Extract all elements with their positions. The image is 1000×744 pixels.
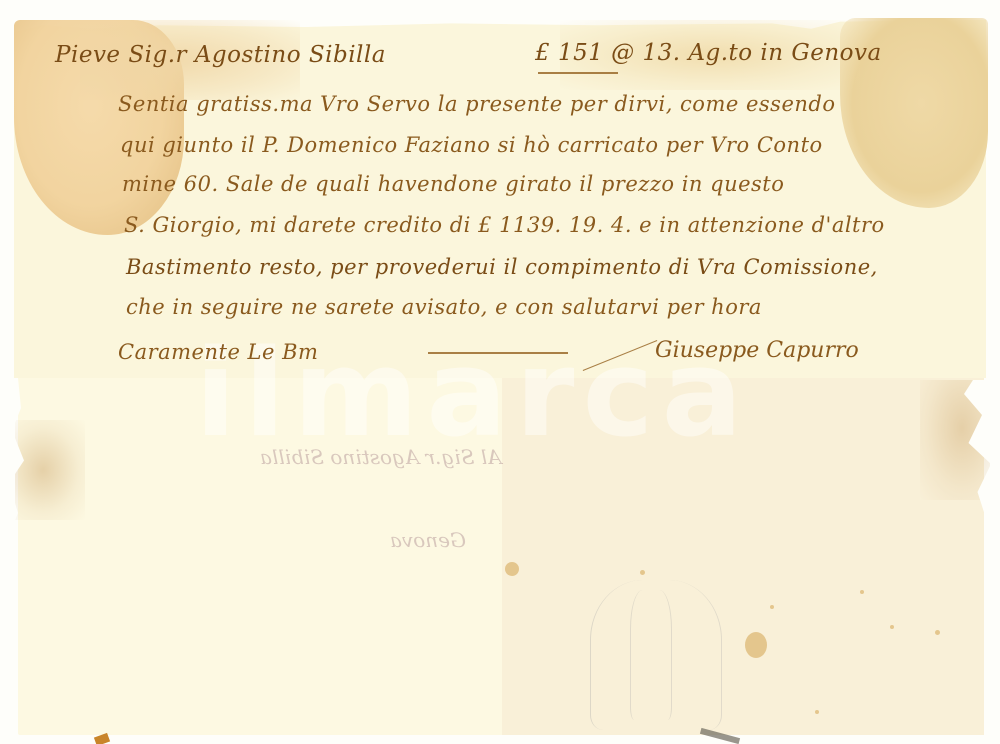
- foxing-spot: [860, 590, 864, 594]
- recipient-line: Pieve Sig.r Agostino Sibilla: [55, 42, 386, 68]
- body-line-6: che in seguire ne sarete avisato, e con …: [126, 295, 762, 319]
- scanned-letter: ilmarca Pieve Sig.r Agostino Sibilla £ 1…: [0, 0, 1000, 744]
- foxing-spot: [890, 625, 894, 629]
- foxing-spot: [505, 562, 519, 576]
- bleedthrough-address: Al Sig.r Agostino Sibilla: [260, 445, 502, 469]
- body-line-3: mine 60. Sale de quali havendone girato …: [122, 172, 784, 196]
- body-line-5: Bastimento resto, per provederui il comp…: [126, 255, 878, 279]
- reference-underline: [538, 72, 618, 74]
- foxing-spot: [770, 605, 774, 609]
- bleedthrough-city: Genova: [390, 528, 466, 552]
- foxing-spot: [935, 630, 940, 635]
- body-line-1: Sentia gratiss.ma Vro Servo la presente …: [118, 92, 836, 116]
- foxing-spot: [640, 570, 645, 575]
- signature: Giuseppe Capurro: [655, 338, 859, 363]
- damage-stain-left-edge: [15, 420, 85, 520]
- pencil-sketch-faint-inner: [630, 590, 672, 720]
- foxing-spot: [745, 632, 767, 658]
- reference-line: £ 151 @ 13. Ag.to in Genova: [535, 40, 882, 66]
- body-line-4: S. Giorgio, mi darete credito di £ 1139.…: [124, 213, 885, 237]
- foxing-spot: [815, 710, 819, 714]
- body-line-2: qui giunto il P. Domenico Faziano si hò …: [120, 133, 823, 157]
- closing-line: Caramente Le Bm: [118, 340, 318, 364]
- closing-flourish: [428, 352, 568, 354]
